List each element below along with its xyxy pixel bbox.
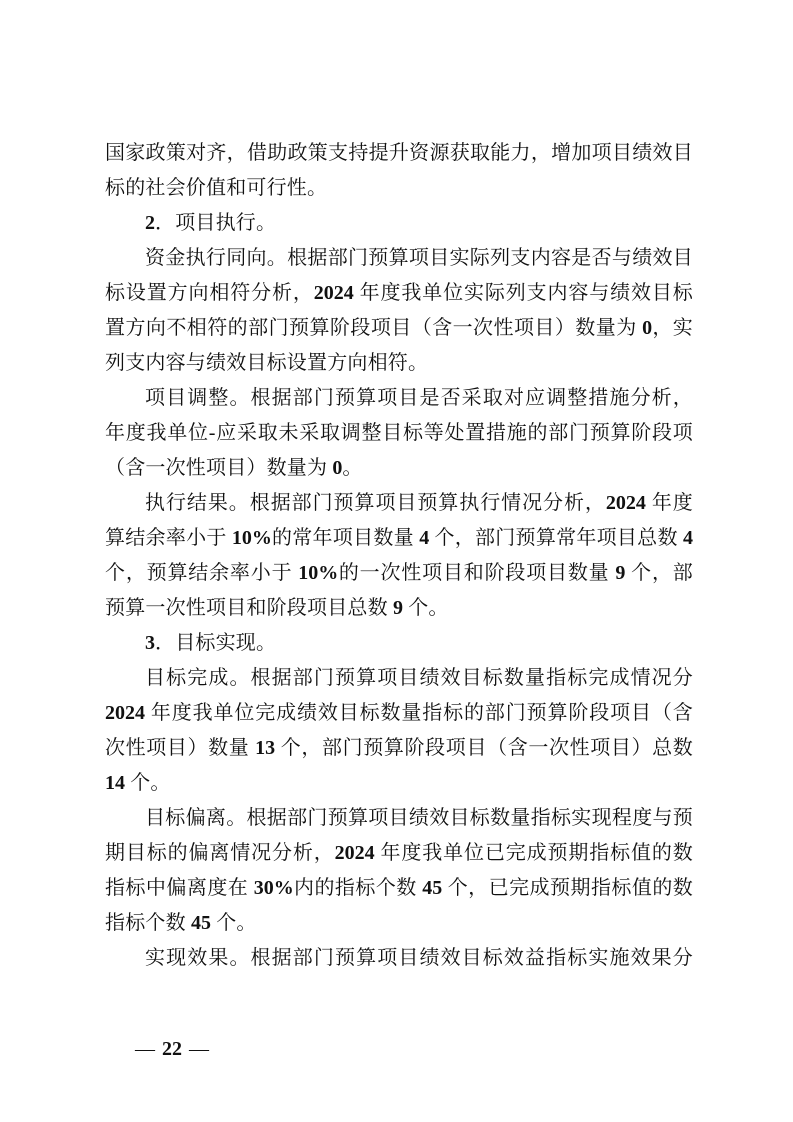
text-line: 目标完成。根据部门预算项目绩效目标数量指标完成情况分析， (105, 661, 693, 696)
text-run: 资金执行同向。根据部门预算项目实际列支内容是否与绩效目 (145, 247, 693, 269)
bold-number-run: 0 (642, 317, 652, 339)
bold-number-run: 9 (615, 562, 625, 584)
text-line: 预算一次性项目和阶段项目总数 9 个。 (105, 591, 693, 626)
text-run: 项目调整。根据部门预算项目是否采取对应调整措施分析， (145, 387, 693, 409)
text-line: 年度我单位-应采取未采取调整目标等处置措施的部门预算阶段项目 (105, 416, 693, 451)
bold-number-run: 4 (419, 527, 429, 549)
bold-number-run: 2024 (606, 492, 646, 514)
text-run: 个，部门预算常年项目总数 (429, 527, 683, 549)
text-run: 执行结果。根据部门预算项目预算执行情况分析， (145, 492, 606, 514)
text-run: 年度我单位完成绩效目标数量指标的部门预算阶段项目（含一 (105, 702, 693, 731)
text-line: 列支内容与绩效目标设置方向相符。 (105, 346, 693, 381)
text-line: 2024 年度我单位完成绩效目标数量指标的部门预算阶段项目（含一 (105, 696, 693, 731)
text-line: 14 个。 (105, 766, 693, 801)
bold-number-run: 13 (255, 737, 275, 759)
text-run: 预算一次性项目和阶段项目总数 (105, 597, 393, 619)
text-run: 。 (342, 457, 362, 479)
text-run: 内的指标个数 (294, 877, 423, 899)
text-line: 算结余率小于 10%的常年项目数量 4 个，部门预算常年项目总数 4 (105, 521, 693, 556)
text-run: 指标个数 (105, 912, 191, 934)
bold-number-run: 2024 (335, 842, 375, 864)
text-run: 个。 (403, 597, 449, 619)
text-run: 个，预算结余率小于 (105, 562, 298, 584)
text-run: 次性项目）数量 (105, 737, 255, 759)
text-line: 指标中偏离度在 30%内的指标个数 45 个，已完成预期指标值的数量 (105, 871, 693, 906)
text-run: 国家政策对齐，借助政策支持提升资源获取能力，增加项目绩效目 (105, 142, 693, 164)
text-run: 目标完成。根据部门预算项目绩效目标数量指标完成情况分析， (105, 667, 693, 696)
text-line: 目标偏离。根据部门预算项目绩效目标数量指标实现程度与预 (105, 801, 693, 836)
document-page: 国家政策对齐，借助政策支持提升资源获取能力，增加项目绩效目标的社会价值和可行性。… (0, 0, 793, 1122)
text-line: 2．项目执行。 (105, 206, 693, 241)
page-number-dash-left: — (135, 1038, 155, 1060)
text-run: ．项目执行。 (155, 212, 276, 234)
page-number-dash-right: — (189, 1038, 209, 1060)
text-run: 标的社会价值和可行性。 (105, 177, 327, 199)
text-run: 的常年项目数量 (272, 527, 419, 549)
text-run: 个。 (211, 912, 257, 934)
bold-number-run: 9 (393, 597, 403, 619)
bold-number-run: 4 (683, 527, 693, 549)
text-line: （含一次性项目）数量为 0。 (105, 451, 693, 486)
page-number-value: 22 (162, 1038, 182, 1060)
text-line: 期目标的偏离情况分析，2024 年度我单位已完成预期指标值的数量 (105, 836, 693, 871)
bold-number-run: 2024 (314, 282, 354, 304)
text-line: 标设置方向相符分析，2024 年度我单位实际列支内容与绩效目标设 (105, 276, 693, 311)
bold-number-run: 10% (232, 527, 272, 549)
page-number: —22— (135, 1034, 209, 1064)
text-run: （含一次性项目）数量为 (105, 457, 332, 479)
text-run: 期目标的偏离情况分析， (105, 842, 335, 864)
document-body: 国家政策对齐，借助政策支持提升资源获取能力，增加项目绩效目标的社会价值和可行性。… (105, 136, 693, 976)
text-line: 资金执行同向。根据部门预算项目实际列支内容是否与绩效目 (105, 241, 693, 276)
text-run: 标设置方向相符分析， (105, 282, 314, 304)
text-run: 的一次性项目和阶段项目数量 (338, 562, 615, 584)
bold-number-run: 2024 (105, 702, 145, 724)
text-line: 项目调整。根据部门预算项目是否采取对应调整措施分析，2024 (105, 381, 693, 416)
text-run: 实现效果。根据部门预算项目绩效目标效益指标实施效果分析， (105, 947, 693, 976)
text-run: 目标偏离。根据部门预算项目绩效目标数量指标实现程度与预 (145, 807, 693, 829)
bold-number-run: 45 (191, 912, 211, 934)
bold-number-run: 10% (298, 562, 338, 584)
bold-number-run: 45 (422, 877, 442, 899)
bold-number-run: 0 (332, 457, 342, 479)
bold-number-run: 3 (145, 632, 155, 654)
text-run: 个，部门预算阶段项目（含一次性项目）总数 (275, 737, 693, 759)
text-line: 3．目标实现。 (105, 626, 693, 661)
text-run: 算结余率小于 (105, 527, 232, 549)
text-line: 个，预算结余率小于 10%的一次性项目和阶段项目数量 9 个，部门 (105, 556, 693, 591)
text-line: 次性项目）数量 13 个，部门预算阶段项目（含一次性项目）总数 (105, 731, 693, 766)
text-line: 指标个数 45 个。 (105, 906, 693, 941)
bold-number-run: 14 (105, 772, 125, 794)
text-run: 置方向不相符的部门预算阶段项目（含一次性项目）数量为 (105, 317, 642, 339)
text-line: 标的社会价值和可行性。 (105, 171, 693, 206)
bold-number-run: 2 (145, 212, 155, 234)
text-run: 指标中偏离度在 (105, 877, 254, 899)
text-line: 执行结果。根据部门预算项目预算执行情况分析，2024 年度预 (105, 486, 693, 521)
text-line: 置方向不相符的部门预算阶段项目（含一次性项目）数量为 0，实际 (105, 311, 693, 346)
text-run: 列支内容与绩效目标设置方向相符。 (105, 352, 428, 374)
bold-number-run: 30% (254, 877, 294, 899)
text-run: ．目标实现。 (155, 632, 276, 654)
text-line: 实现效果。根据部门预算项目绩效目标效益指标实施效果分析， (105, 941, 693, 976)
text-line: 国家政策对齐，借助政策支持提升资源获取能力，增加项目绩效目 (105, 136, 693, 171)
text-run: 个。 (125, 772, 171, 794)
text-run: 年度我单位-应采取未采取调整目标等处置措施的部门预算阶段项目 (105, 422, 693, 451)
